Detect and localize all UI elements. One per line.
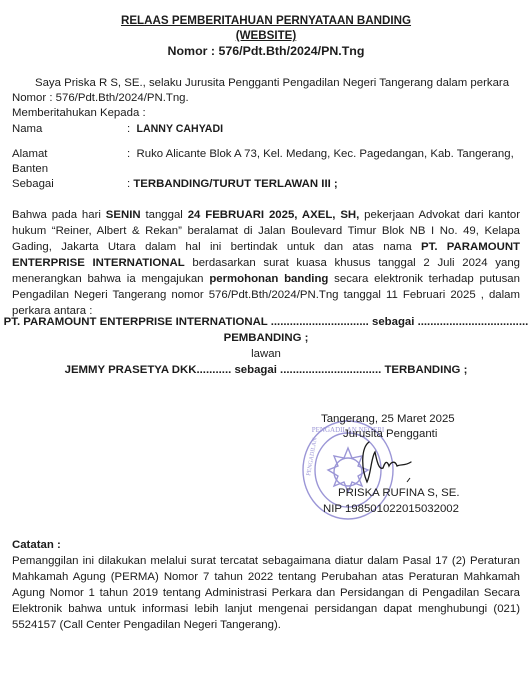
document-page: RELAAS PEMBERITAHUAN PERNYATAAN BANDING … [0, 0, 532, 695]
signature-role: Jurusita Pengganti [343, 427, 437, 442]
case-number: Nomor : 576/Pdt.Bth/2024/PN.Tng [0, 43, 532, 59]
party-terbanding-line: JEMMY PRASETYA DKK........... sebagai ..… [0, 362, 532, 378]
catatan-body: Pemanggilan ini dilakukan melalui surat … [12, 553, 520, 633]
party-lawan: lawan [0, 346, 532, 362]
document-title-block: RELAAS PEMBERITAHUAN PERNYATAAN BANDING … [0, 13, 532, 59]
alamat-continuation: Banten [12, 162, 112, 177]
document-title: RELAAS PEMBERITAHUAN PERNYATAAN BANDING [0, 13, 532, 28]
sebagai-value: TERBANDING/TURUT TERLAWAN III ; [133, 178, 337, 190]
parties-section: PT. PARAMOUNT ENTERPRISE INTERNATIONAL .… [0, 314, 532, 378]
sebagai-label: Sebagai [12, 177, 112, 192]
intro-section: Saya Priska R S, SE., selaku Jurusita Pe… [12, 76, 522, 121]
party-pembanding-role: PEMBANDING ; [0, 330, 532, 346]
body-paragraph: Bahwa pada hari SENIN tanggal 24 FEBRUAR… [12, 207, 520, 319]
body-hari: SENIN [106, 209, 141, 221]
signature-place-date: Tangerang, 25 Maret 2025 [321, 412, 455, 427]
intro-line-2: Nomor : 576/Pdt.Bth/2024/PN.Tng. [12, 91, 522, 106]
signature-nip: NIP 198501022015032002 [323, 502, 459, 517]
nama-separator: : [127, 123, 130, 135]
alamat-separator: : [127, 148, 130, 160]
alamat-value-wrap: : Ruko Alicante Blok A 73, Kel. Medang, … [127, 147, 514, 162]
nama-value-wrap: : LANNY CAHYADI [127, 122, 223, 137]
body-tanggal-advokat: 24 FEBRUARI 2025, AXEL, SH, [188, 209, 360, 221]
body-text-2: tanggal [141, 209, 188, 221]
signature-icon [355, 438, 425, 488]
alamat-value: Ruko Alicante Blok A 73, Kel. Medang, Ke… [137, 148, 514, 160]
alamat-label: Alamat [12, 147, 112, 162]
sebagai-separator: : [127, 178, 130, 190]
nama-label: Nama [12, 122, 112, 137]
intro-line-3: Memberitahukan Kepada : [12, 106, 522, 121]
catatan-heading: Catatan : [12, 538, 61, 553]
sebagai-value-wrap: : TERBANDING/TURUT TERLAWAN III ; [127, 177, 338, 192]
signature-name: PRISKA RUFINA S, SE. [338, 486, 460, 501]
document-subtitle: (WEBSITE) [0, 28, 532, 43]
nama-value: LANNY CAHYADI [137, 123, 224, 135]
intro-line-1: Saya Priska R S, SE., selaku Jurusita Pe… [12, 76, 522, 91]
body-permohonan: permohonan banding [209, 273, 328, 285]
party-pembanding-line: PT. PARAMOUNT ENTERPRISE INTERNATIONAL .… [0, 314, 532, 330]
body-text-1: Bahwa pada hari [12, 209, 106, 221]
